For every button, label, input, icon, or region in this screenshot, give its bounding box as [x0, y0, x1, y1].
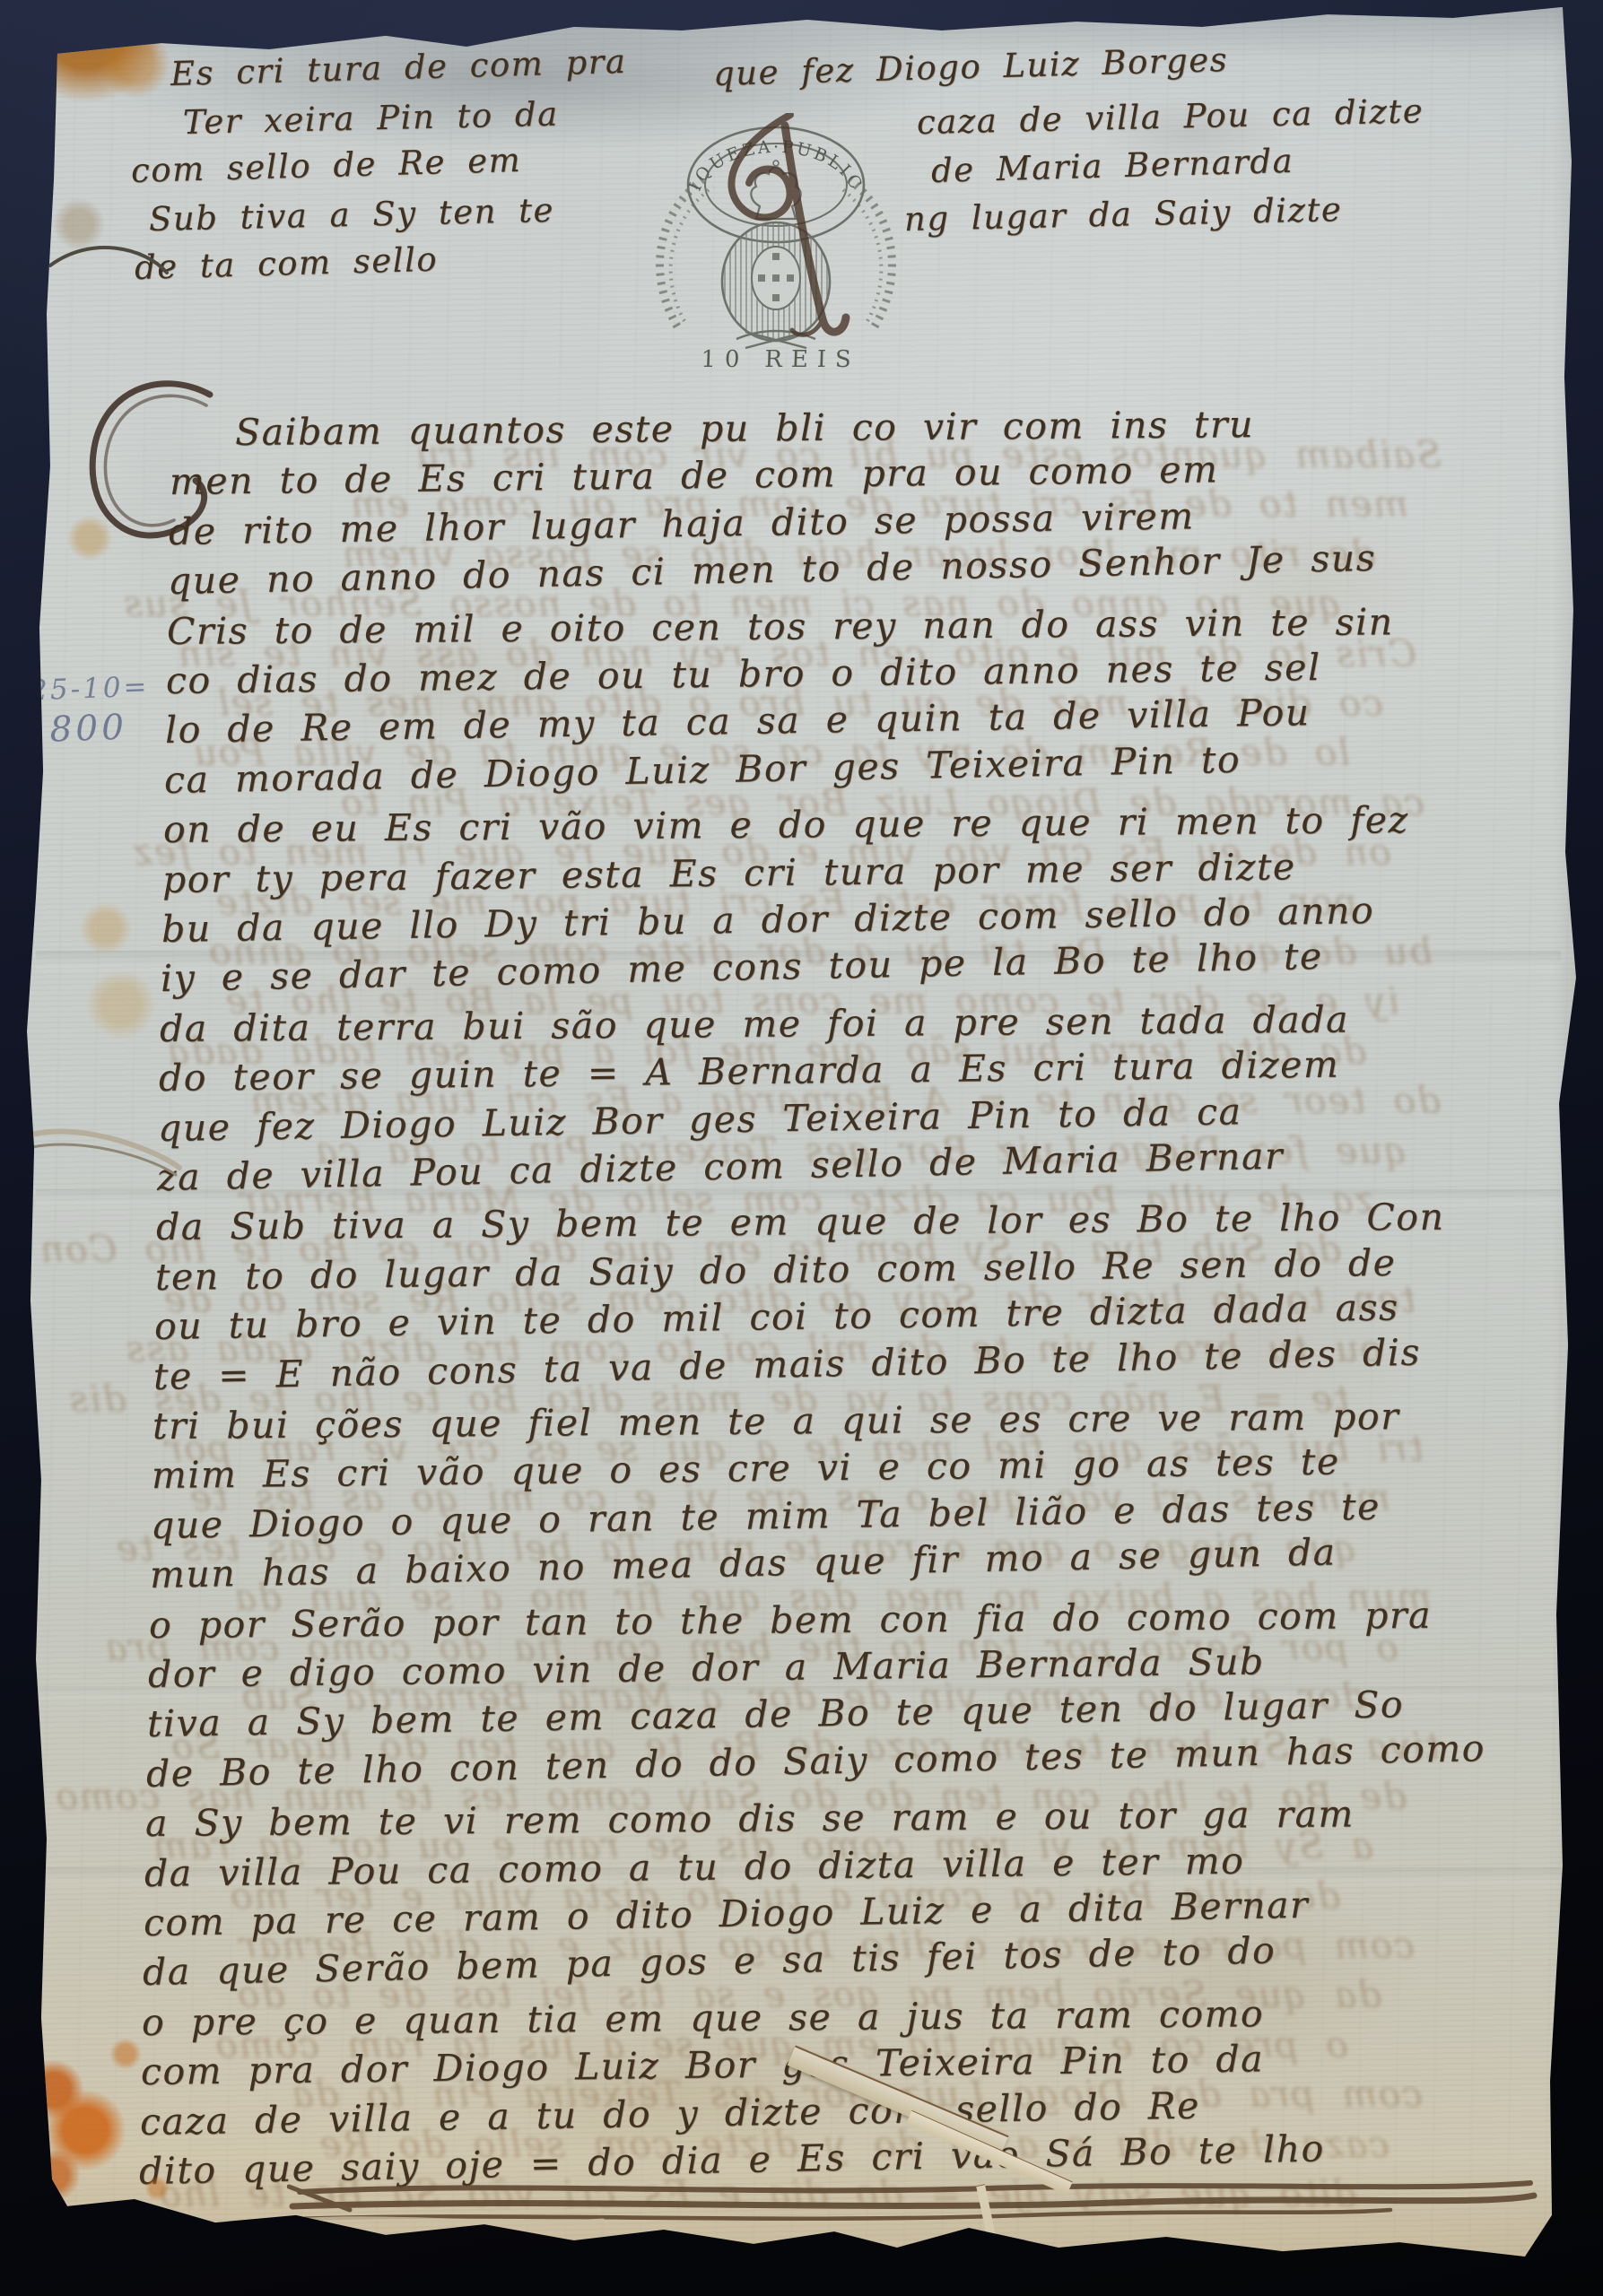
manuscript-line: o pre ço e quan tia em que se a jus ta r…	[142, 1996, 1264, 2041]
photo-background: Saibam quantos este pu bli co vir com in…	[0, 0, 1603, 2296]
manuscript-line: da dita terra bui são que me foi a pre s…	[160, 1001, 1349, 1047]
header-line: Ter xeira Pin to da	[183, 98, 559, 139]
closing-rule-flourish	[287, 2169, 1543, 2236]
manuscript-line: Saibam quantos este pu bli co vir com in…	[235, 406, 1254, 451]
document-paper: Saibam quantos este pu bli co vir com in…	[0, 0, 1603, 2296]
manuscript-line: on de eu Es cri vão vim e do que re que …	[163, 802, 1409, 848]
margin-note-year: 1800	[23, 707, 152, 752]
header-line: que fez Diogo Luiz Borges	[712, 43, 1228, 91]
rust-stain	[0, 2103, 43, 2175]
manuscript-line: da villa Pou ca como a tu do dizta villa…	[144, 1842, 1245, 1892]
manuscript-line: por ty pera fazer esta Es cri tura por m…	[162, 848, 1296, 899]
manuscript-line: Cris to de mil e oito cen tos rey nan do…	[167, 604, 1394, 650]
manuscript-line: tri bui ções que fiel men te a qui se es…	[152, 1398, 1400, 1445]
manuscript-text: Es cri tura de com praque fez Diogo Luiz…	[0, 0, 1603, 2296]
binding-thread	[16, 1110, 205, 1209]
header-line: de Maria Bernarda	[930, 144, 1294, 187]
manuscript-line: dor e digo como vin de dor a Maria Berna…	[148, 1643, 1265, 1693]
header-line: caza de villa Pou ca dizte	[917, 94, 1424, 139]
paper-fiber	[47, 226, 181, 289]
margin-note-date: 25-10=	[30, 671, 151, 708]
header-line: Es cri tura de com pra	[170, 45, 626, 91]
manuscript-line: com pra dor Diogo Luiz Bor ges Teixeira …	[141, 2041, 1265, 2092]
header-line: com sello de Re em	[130, 143, 521, 187]
header-line: Sub tiva a Sy ten te	[149, 194, 555, 236]
manuscript-line: o por Serão por tan to the bem con fia d…	[149, 1596, 1432, 1643]
manuscript-line: da Sub tiva a Sy bem te em que de lor es…	[156, 1199, 1445, 1246]
edge-fiber	[269, 2205, 610, 2240]
manuscript-line: do teor se guin te = A Bernarda a Es cri…	[159, 1047, 1340, 1097]
manuscript-line: mim Es cri vão que o es cre vi e co mi g…	[152, 1444, 1340, 1494]
manuscript-line: a Sy bem te vi rem como dis se ram e ou …	[145, 1796, 1355, 1843]
manuscript-line: men to de Es cri tura de com pra ou como…	[170, 452, 1219, 501]
margin-note: 25-10= 1800	[30, 671, 152, 752]
manuscript-line: ca morada de Diogo Luiz Bor ges Teixeira…	[164, 742, 1241, 799]
manuscript-line: co dias do mez de ou tu bro o dito anno …	[166, 649, 1321, 700]
header-line: ng lugar da Saiy dizte	[904, 193, 1343, 236]
